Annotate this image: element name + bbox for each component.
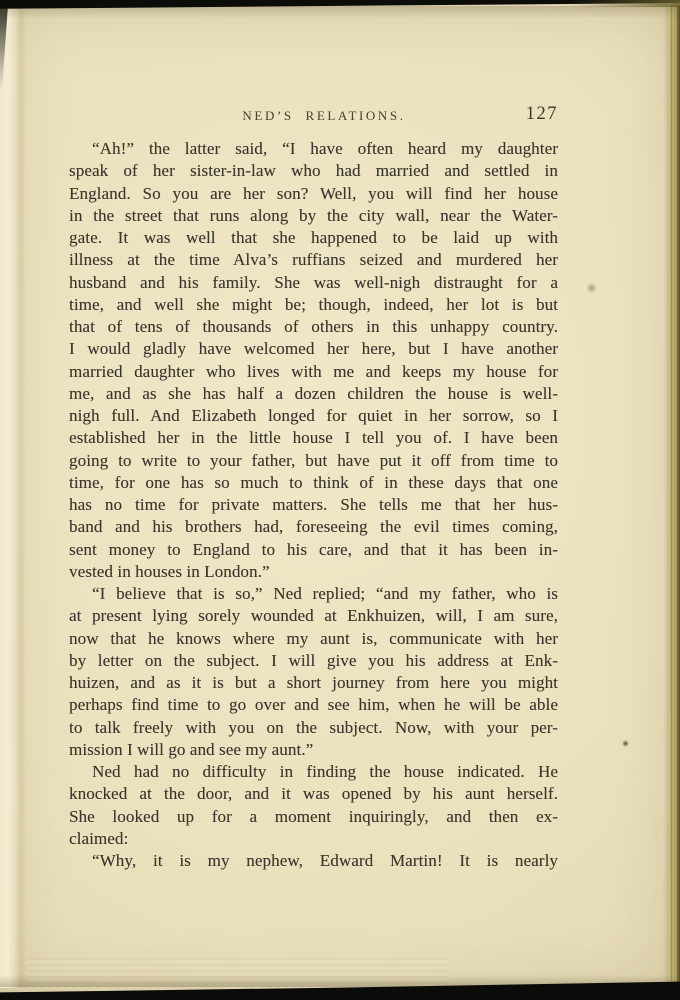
text-line: by letter on the subject. I will give yo… [69,650,558,672]
text-line: huizen, and as it is but a short journey… [69,672,558,694]
header-title: NED’S RELATIONS. [80,108,568,124]
paragraph: “I believe that is so,” Ned replied; “an… [69,583,558,761]
text-line: knocked at the door, and it was opened b… [69,783,558,805]
text-line: “I believe that is so,” Ned replied; “an… [69,583,558,605]
text-line: claimed: [69,828,558,850]
text-line: in the street that runs along by the cit… [69,205,558,227]
text-line: illness at the time Alva’s ruffians seiz… [69,249,558,271]
text-line: vested in houses in London.” [69,561,558,583]
running-header: NED’S RELATIONS. 127 [70,102,558,124]
page-number: 127 [526,104,558,125]
text-line: band and his brothers had, foreseeing th… [69,516,558,538]
text-line: that of tens of thousands of others in t… [69,316,558,338]
paragraph: “Why, it is my nephew, Edward Martin! It… [69,850,558,872]
text-block: “Ah!” the latter said, “I have often hea… [69,138,558,872]
book-page-scan: NED’S RELATIONS. 127 “Ah!” the latter sa… [0,0,680,1000]
page-left-edge [0,6,26,988]
text-line: to talk freely with you on the subject. … [69,717,558,739]
text-line: time, and well she might be; though, ind… [69,294,558,316]
text-line: gate. It was well that she happened to b… [69,227,558,249]
text-line: perhaps find time to go over and see him… [69,694,558,716]
text-line: I would gladly have welcomed her here, b… [69,338,558,360]
top-edge-shadow [0,6,680,19]
text-line: time, for one has so much to think of in… [69,472,558,494]
text-line: established her in the little house I te… [69,427,558,449]
scan-top-right-tint [570,0,680,7]
text-line: at present lying sorely wounded at Enkhu… [69,605,558,627]
text-line: husband and his family. She was well-nig… [69,272,558,294]
ink-speck [622,740,629,747]
text-line: married daughter who lives with me and k… [69,361,558,383]
text-line: speak of her sister-in-law who had marri… [69,160,558,182]
text-line: me, and as she has half a dozen children… [69,383,558,405]
text-line: nigh full. And Elizabeth longed for quie… [69,405,558,427]
text-line: “Why, it is my nephew, Edward Martin! It… [69,850,558,872]
text-line: mission I will go and see my aunt.” [69,739,558,761]
text-line: She looked up for a moment inquiringly, … [69,806,558,828]
text-line: Ned had no difficulty in finding the hou… [69,761,558,783]
paragraph: “Ah!” the latter said, “I have often hea… [69,138,558,583]
text-line: “Ah!” the latter said, “I have often hea… [69,138,558,160]
ink-speck [586,282,597,294]
text-line: sent money to England to his care, and t… [69,539,558,561]
page-stack-right-edge [663,5,680,989]
paragraph: Ned had no difficulty in finding the hou… [69,761,558,850]
text-line: England. So you are her son? Well, you w… [69,183,558,205]
text-line: has no time for private matters. She tel… [69,494,558,516]
text-line: now that he knows where my aunt is, comm… [69,628,558,650]
text-line: going to write to your father, but have … [69,450,558,472]
